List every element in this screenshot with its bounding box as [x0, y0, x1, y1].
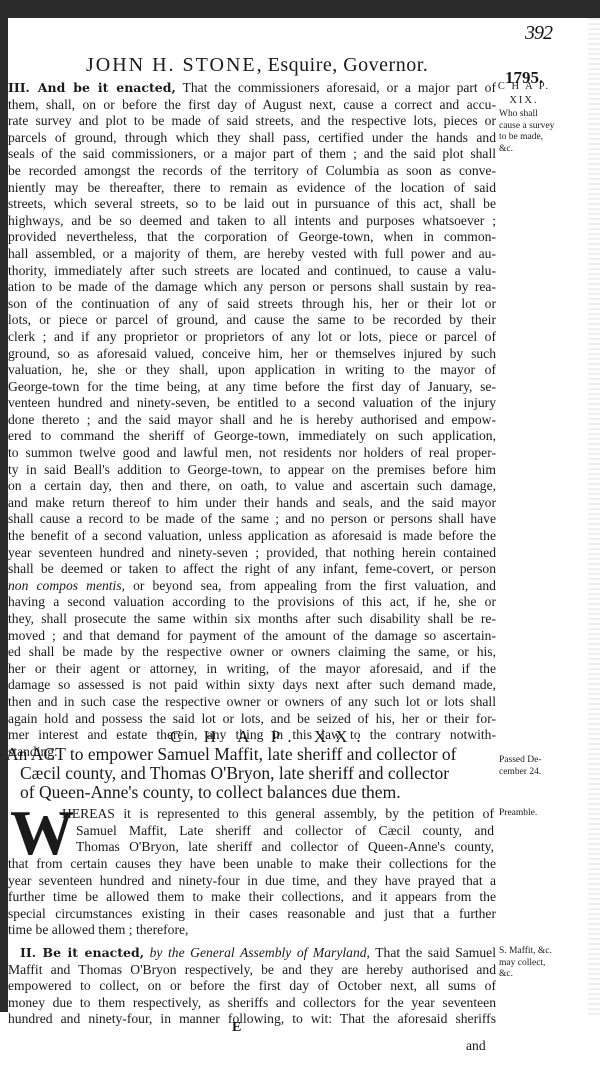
text-line: ground, so as aforesaid valued, conceive… [8, 346, 496, 363]
text-line: that from certain causes they have been … [8, 856, 496, 873]
text-line: to summon twelve good and lawful men, no… [8, 445, 496, 462]
preamble-text: that from certain causes they have been … [8, 856, 496, 939]
text-line: shall be deemed or taken to affect the r… [8, 561, 496, 578]
section-ii-text: II. Be it enacted, by the General Assemb… [8, 945, 496, 1028]
text-line: II. Be it enacted, by the General Assemb… [8, 945, 496, 962]
scan-border-top [0, 0, 600, 18]
text-line: valuation, he, she or they shall, upon a… [8, 362, 496, 379]
text-line: money due to them respectively, as sheri… [8, 995, 496, 1012]
text-line: hundred and ninety-four, in manner follo… [8, 1011, 496, 1028]
text-line: then and in such case the respective own… [8, 694, 496, 711]
enacting-words: II. Be it enacted, [20, 945, 144, 960]
text-line: year seventeen hundred and ninety-four i… [8, 873, 496, 890]
preamble-indented: HEREAS it is represented to this general… [62, 806, 494, 856]
margin-chap-number: XIX. [494, 95, 554, 107]
latin-phrase: non compos mentis [8, 578, 122, 593]
running-head: JOHN H. STONE, Esquire, Governor. [86, 54, 428, 77]
text-line: venteen hundred and ninety-seven, be ent… [8, 395, 496, 412]
text-line: the benefit of a second valuation, unles… [8, 528, 496, 545]
text-line: clerk ; and if any proprietor or proprie… [8, 329, 496, 346]
text-line: seals of the said commissioners, or a ma… [8, 146, 496, 163]
text-line: and make return thereof to him under the… [8, 495, 496, 512]
act-title-line: An ACT to empower Samuel Maffit, late sh… [6, 745, 494, 764]
signature-mark: E [232, 1020, 241, 1036]
text-line: ered to command the sheriff of George-to… [8, 428, 496, 445]
scan-edge-right [588, 18, 600, 1018]
text-line: George-town for the time being, at any t… [8, 379, 496, 396]
text-line: parcels of ground, through which they sh… [8, 130, 496, 147]
act-title-line: of Queen-Anne's county, to collect balan… [6, 783, 494, 802]
governor-title: , Esquire, Governor. [257, 54, 429, 76]
text-line: empowered to collect, on or before the f… [8, 978, 496, 995]
text-line: provided nevertheless, that the corporat… [8, 229, 496, 246]
margin-note-collect: S. Maffit, &c. may collect, &c. [499, 946, 579, 981]
text-line: lots, or piece or parcel of ground, and … [8, 312, 496, 329]
catchword: and [466, 1038, 486, 1054]
text-line: moved ; and that demand for payment of t… [8, 628, 496, 645]
text-line: ation to be made of the damage which any… [8, 279, 496, 296]
text-line: year seventeen hundred and ninety-seven … [8, 545, 496, 562]
text-line: shall cause a record to be made of the s… [8, 511, 496, 528]
text-line: on a certain day, then and there, on oat… [8, 478, 496, 495]
enacting-words: III. And be it enacted, [8, 80, 176, 95]
text-line: III. And be it enacted, That the commiss… [8, 80, 496, 97]
enacting-authority: by the General Assembly of Maryland, [144, 945, 370, 960]
text-line: damage so assessed is not paid within si… [8, 677, 496, 694]
text-line: Thomas O'Bryon, late sheriff and collect… [62, 839, 494, 856]
section-iii-text: III. And be it enacted, That the commiss… [8, 80, 496, 760]
margin-note-preamble: Preamble. [499, 808, 579, 820]
text-line: Samuel Maffit, Late sheriff and collecto… [62, 823, 494, 840]
text-line: her or their agent or attorney, in writi… [8, 661, 496, 678]
text-line: highways, and be so deemed and taken to … [8, 213, 496, 230]
text-line: they, shall prosecute the same within si… [8, 611, 496, 628]
text-line: having a second valuation according to t… [8, 594, 496, 611]
act-title-line: Cæcil county, and Thomas O'Bryon, late s… [6, 764, 494, 783]
text-line: ty in said Beall's addition to George-to… [8, 462, 496, 479]
text-line: ed shall be made by the respective owner… [8, 644, 496, 661]
act-title: An ACT to empower Samuel Maffit, late sh… [6, 745, 494, 802]
text-line: son of the continuation of any of said s… [8, 296, 496, 313]
text-line: again hold and possess the said lot or l… [8, 711, 496, 728]
text-line: be recorded amongst the records of the t… [8, 163, 496, 180]
document-page: 392 JOHN H. STONE, Esquire, Governor. 17… [0, 0, 600, 1085]
text-line: done thereto ; and the said mayor shall … [8, 412, 496, 429]
text-line: niently may be thereafter, there to rema… [8, 180, 496, 197]
text-line: thority, immediately after such streets … [8, 263, 496, 280]
scan-border-left [0, 0, 8, 1012]
text-line: hall assembled, or a majority of them, a… [8, 246, 496, 263]
governor-name: JOHN H. STONE [86, 54, 257, 76]
margin-note-survey: Who shall cause a survey to be made, &c. [499, 109, 579, 155]
page-number: 392 [525, 22, 552, 45]
text-line: Maffit and Thomas O'Bryon respectively, … [8, 962, 496, 979]
text-line: time be allowed them ; therefore, [8, 922, 496, 939]
text-line: rate survey and plot to be made of said … [8, 113, 496, 130]
text-line: them, shall, on or before the first day … [8, 97, 496, 114]
margin-note-passed: Passed De- cember 24. [499, 755, 579, 778]
text-line: non compos mentis, or beyond sea, from a… [8, 578, 496, 595]
text-line: further time be allowed them to make the… [8, 889, 496, 906]
text-line: HEREAS it is represented to this general… [62, 806, 494, 823]
margin-chap-label: C H A P. [494, 81, 554, 93]
text-line: special circumstances existing in their … [8, 906, 496, 923]
text-line: streets, which several streets, so to be… [8, 196, 496, 213]
